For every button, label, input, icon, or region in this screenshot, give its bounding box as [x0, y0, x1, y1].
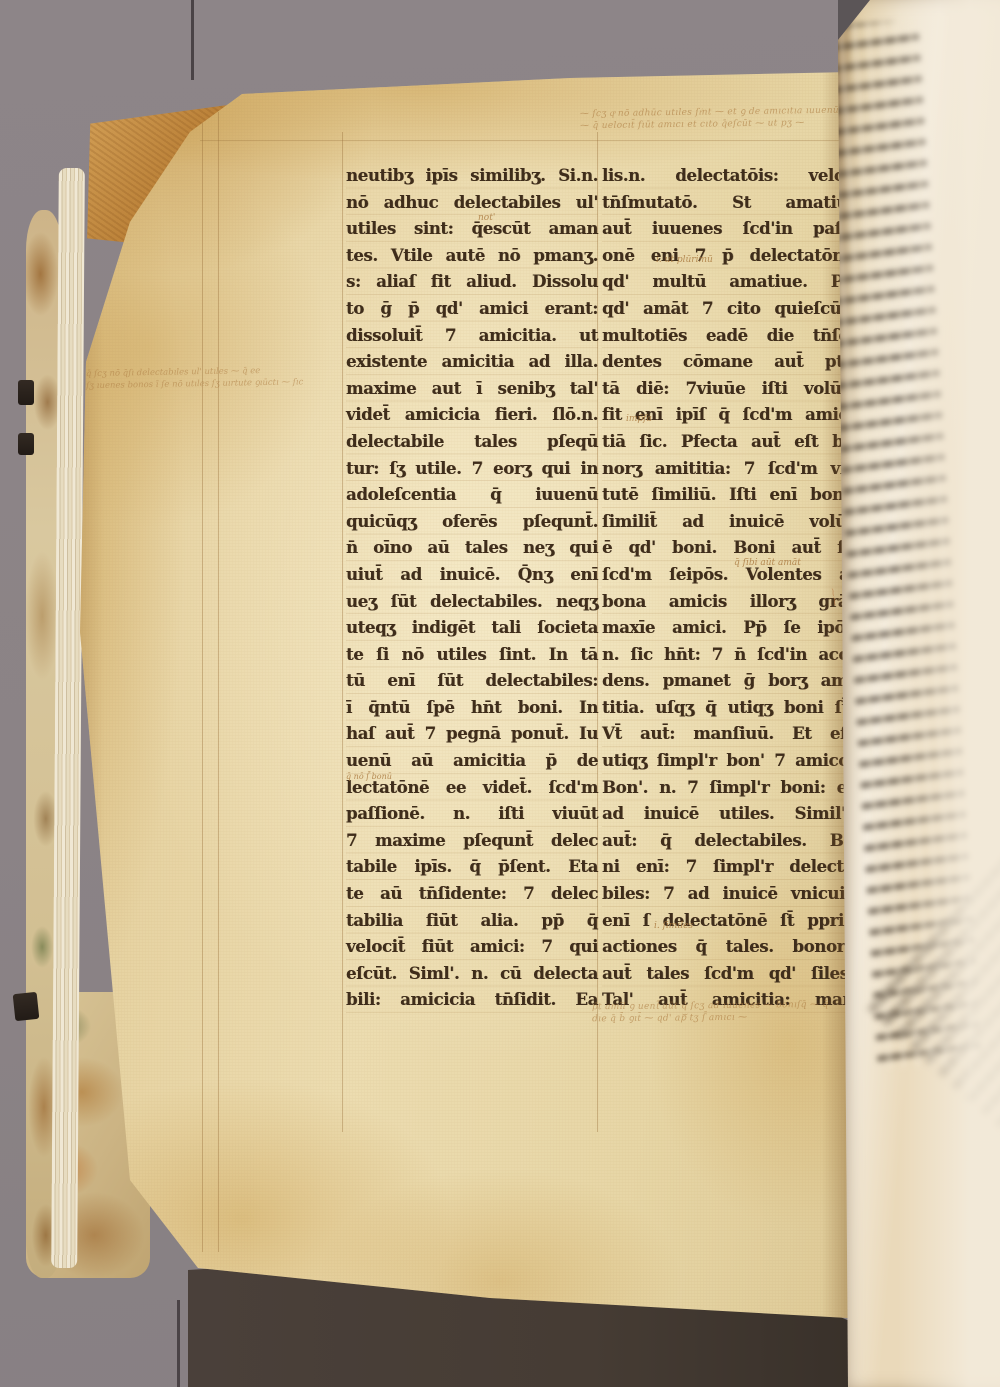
- text-line: ſimilit̄ ad inuicē volūt: [602, 508, 854, 535]
- marginal-note-left: q̄ ſcʒ nō q̄ſı delectabıles ul' utıles ⁓…: [86, 364, 326, 392]
- ruling-line: [202, 112, 203, 1252]
- marginal-note-bottom: p̄t amīl ꝯ uent᷑ aūt q̄ ſcʒ ad ıuuenes ⁓…: [592, 999, 842, 1026]
- interlinear-gloss: imp̄fa: [626, 414, 652, 424]
- text-line: eſcūt. Siml'. n. cū delecta: [346, 960, 598, 987]
- interlinear-gloss: i. ſimiles: [654, 921, 693, 931]
- page-edges-top: [238, 46, 858, 73]
- text-line: paſſionē. n. iſti viuūt: [346, 800, 598, 827]
- text-line: utiqʒ ſimpl'r bon' 7 amico.: [602, 747, 854, 774]
- text-line: bili: amicicia tn̄ſidit. Ea: [346, 986, 598, 1013]
- text-line: tabile ipīs. q̄ p̄ſent. Eta: [346, 853, 598, 880]
- text-line: enī ſ delectatōnē ſt̄ pprie: [602, 907, 854, 934]
- text-line: s: aliaſ fit aliud. Dissolu: [346, 268, 598, 295]
- text-line: Vt̄ aut̄: manſiuū. Et eſt: [602, 720, 854, 747]
- text-line: ē qd' boni. Boni aut̄ ſē: [602, 534, 854, 561]
- book-clasp: [18, 380, 34, 405]
- text-line: dentes cōmane aut̄ pto: [602, 348, 854, 375]
- interlinear-gloss: i. ut plūrimū: [656, 255, 713, 265]
- text-line: 7 maxime pſequnt̄ delec: [346, 827, 598, 854]
- ruling-line: [218, 112, 219, 1252]
- text-line: ad inuicē utiles. Simil'r: [602, 800, 854, 827]
- backdrop-seam-bottom: [177, 1300, 180, 1387]
- text-line: to ḡ p̄ qd' amici erant:: [346, 295, 598, 322]
- book-clasp: [18, 433, 34, 455]
- text-line: uiut̄ ad inuicē. Q̄nʒ enī: [346, 561, 598, 588]
- ruling-line: [342, 132, 343, 1132]
- text-line: uenū aū amicitia p̄ de: [346, 747, 598, 774]
- manuscript-photo: ⁓ ſcʒ qͦ nō adhūc utıles ſıͥnt ⁓ et ꝯ de…: [0, 0, 1000, 1387]
- text-line: tutē ſimiliū. Iſti enī bona: [602, 481, 854, 508]
- text-line: utiles sint: q̄escūt aman: [346, 215, 598, 242]
- text-line: dens. pmanet ḡ borʒ ami: [602, 667, 854, 694]
- text-line: aut̄ iuuenes ſcd'in paſſi: [602, 215, 854, 242]
- text-line: lis.n. delectatōis: velox: [602, 162, 854, 189]
- text-line: qd' multū amatiue. Pp̄: [602, 268, 854, 295]
- interlinear-gloss: not': [478, 213, 495, 223]
- text-line: neutibʒ ipīs similibʒ. Si.n.: [346, 162, 598, 189]
- text-line: te ſi nō utiles ſint. In tā: [346, 641, 598, 668]
- backdrop-seam-top: [191, 0, 194, 80]
- text-line: dissoluit̄ 7 amicitia. ut: [346, 322, 598, 349]
- manuscript-page-verso: ⁓ ſcʒ qͦ nō adhūc utıles ſıͥnt ⁓ et ꝯ de…: [70, 72, 852, 1318]
- ruling-line-horizontal: [200, 140, 850, 141]
- text-line: n̄ oīno aū tales neʒ qui: [346, 534, 598, 561]
- text-line: onē eni 7 p̄ delectatōnē: [602, 242, 854, 269]
- text-line: nō adhuc delectabiles ul': [346, 189, 598, 216]
- text-line: quicūqʒ oferēs pſequnt̄.: [346, 508, 598, 535]
- text-line: tabilia fiūt alia. pp̄ q̄: [346, 907, 598, 934]
- text-line: ni enī: 7 ſimpl'r delecta: [602, 853, 854, 880]
- marginal-note-line: dıe q̄ b̄ ꝯıt̄ ⁓ qd' apᷓ tʒ ſ̄ amıcı ⁓: [592, 1011, 842, 1026]
- text-line: tiā ſic. Pfecta aut̄ eſt bo: [602, 428, 854, 455]
- text-line: haſ aut̄ 7 pegnā ponut̄. Iu: [346, 720, 598, 747]
- text-line: n. ſic hn̄t: 7 n̄ ſcd'in acci: [602, 641, 854, 668]
- text-line: bona amicis illorʒ grā:: [602, 588, 854, 615]
- text-line: velocit̄ fiūt amici: 7 qui: [346, 933, 598, 960]
- text-line: biles: 7 ad inuicē vnicuiʒ: [602, 880, 854, 907]
- text-line: tes. Vtile autē nō pmanʒ.: [346, 242, 598, 269]
- text-line: qd' amāt 7 cito quieſcūt.: [602, 295, 854, 322]
- text-line: actiones q̄ tales. bonorʒ: [602, 933, 854, 960]
- text-line: existente amicitia ad illa.: [346, 348, 598, 375]
- text-line: te aū tn̄ſidente: 7 delec: [346, 880, 598, 907]
- page-curvature-highlight: [898, 0, 1000, 1387]
- text-line: maxime aut ī senibʒ tal': [346, 375, 598, 402]
- text-column-right: lis.n. delectatōis: veloxtn̄ſmutatō. St …: [602, 162, 854, 1022]
- text-line: aut̄ tales ſcd'm qd' ſiles.: [602, 960, 854, 987]
- text-line: ueʒ ſūt delectabiles. neqʒ: [346, 588, 598, 615]
- text-line: uteqʒ indigēt tali ſocieta: [346, 614, 598, 641]
- text-column-left: neutibʒ ipīs similibʒ. Si.n.nō adhuc del…: [346, 162, 598, 1022]
- text-line: Bon'. n. 7 ſimpl'r boni: et: [602, 774, 854, 801]
- text-line: ī q̄ntū ſpē hn̄t boni. In: [346, 694, 598, 721]
- text-line: maxīe amici. Pp̄ ſe ipōs: [602, 614, 854, 641]
- manuscript-page-recto: [838, 0, 1000, 1387]
- text-line: norʒ amititia: 7 ſcd'm vir: [602, 455, 854, 482]
- marginal-gloss: q̄ ſibi aūt amāt: [734, 558, 801, 568]
- text-line: ſcd'm ſeipōs. Volentes a': [602, 561, 854, 588]
- text-line: multotiēs eadē die tn̄ſci: [602, 322, 854, 349]
- text-line: tū enī ſūt delectabiles:: [346, 667, 598, 694]
- interlinear-gloss: q̄ nō ſ̄ bonū: [346, 772, 392, 781]
- book-clasp: [13, 992, 40, 1021]
- text-line: tur: ſʒ utile. 7 eorʒ qui in: [346, 455, 598, 482]
- text-line: tn̄ſmutatō. St amatiui: [602, 189, 854, 216]
- text-line: tā diē: 7viuūe iſti volūt.: [602, 375, 854, 402]
- text-line: adoleſcentia q̄ iuuenū: [346, 481, 598, 508]
- text-line: videt̄ amicicia fieri. ſlō.n.: [346, 401, 598, 428]
- text-line: titia. uſqʒ q̄ utiqʒ boni ſt̄.: [602, 694, 854, 721]
- text-line: delectabile tales pſeqū: [346, 428, 598, 455]
- text-line: aut̄: q̄ delectabiles. Bo: [602, 827, 854, 854]
